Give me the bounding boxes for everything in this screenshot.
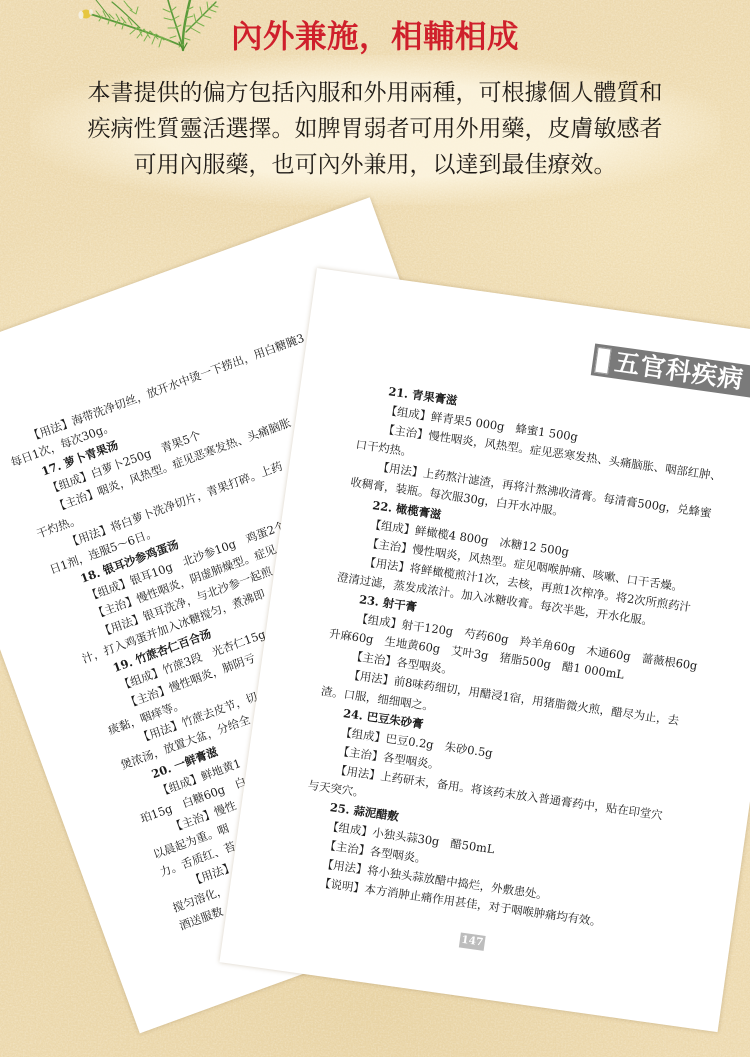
intro-paragraph: 本書提供的偏方包括內服和外用兩種，可根據個人體質和 疾病性質靈活選擇。如脾胃弱者…: [0, 75, 750, 183]
intro-line: 本書提供的偏方包括內服和外用兩種，可根據個人體質和: [0, 75, 750, 111]
right-page-text: 21. 青果膏滋 【组成】鲜青果5 000g 蜂蜜1 500g 【主治】慢性咽炎…: [231, 370, 750, 951]
intro-line: 疾病性質靈活選擇。如脾胃弱者可用外用藥，皮膚敏感者: [0, 111, 750, 147]
page-title: 內外兼施，相輔相成: [0, 17, 750, 57]
banner-notch: [594, 347, 611, 375]
section-title: 五官科疾病: [613, 347, 746, 397]
section-banner: 五官科疾病: [591, 343, 750, 405]
page-number: 147: [459, 932, 486, 950]
intro-line: 可用內服藥，也可內外兼用，以達到最佳療效。: [0, 147, 750, 183]
